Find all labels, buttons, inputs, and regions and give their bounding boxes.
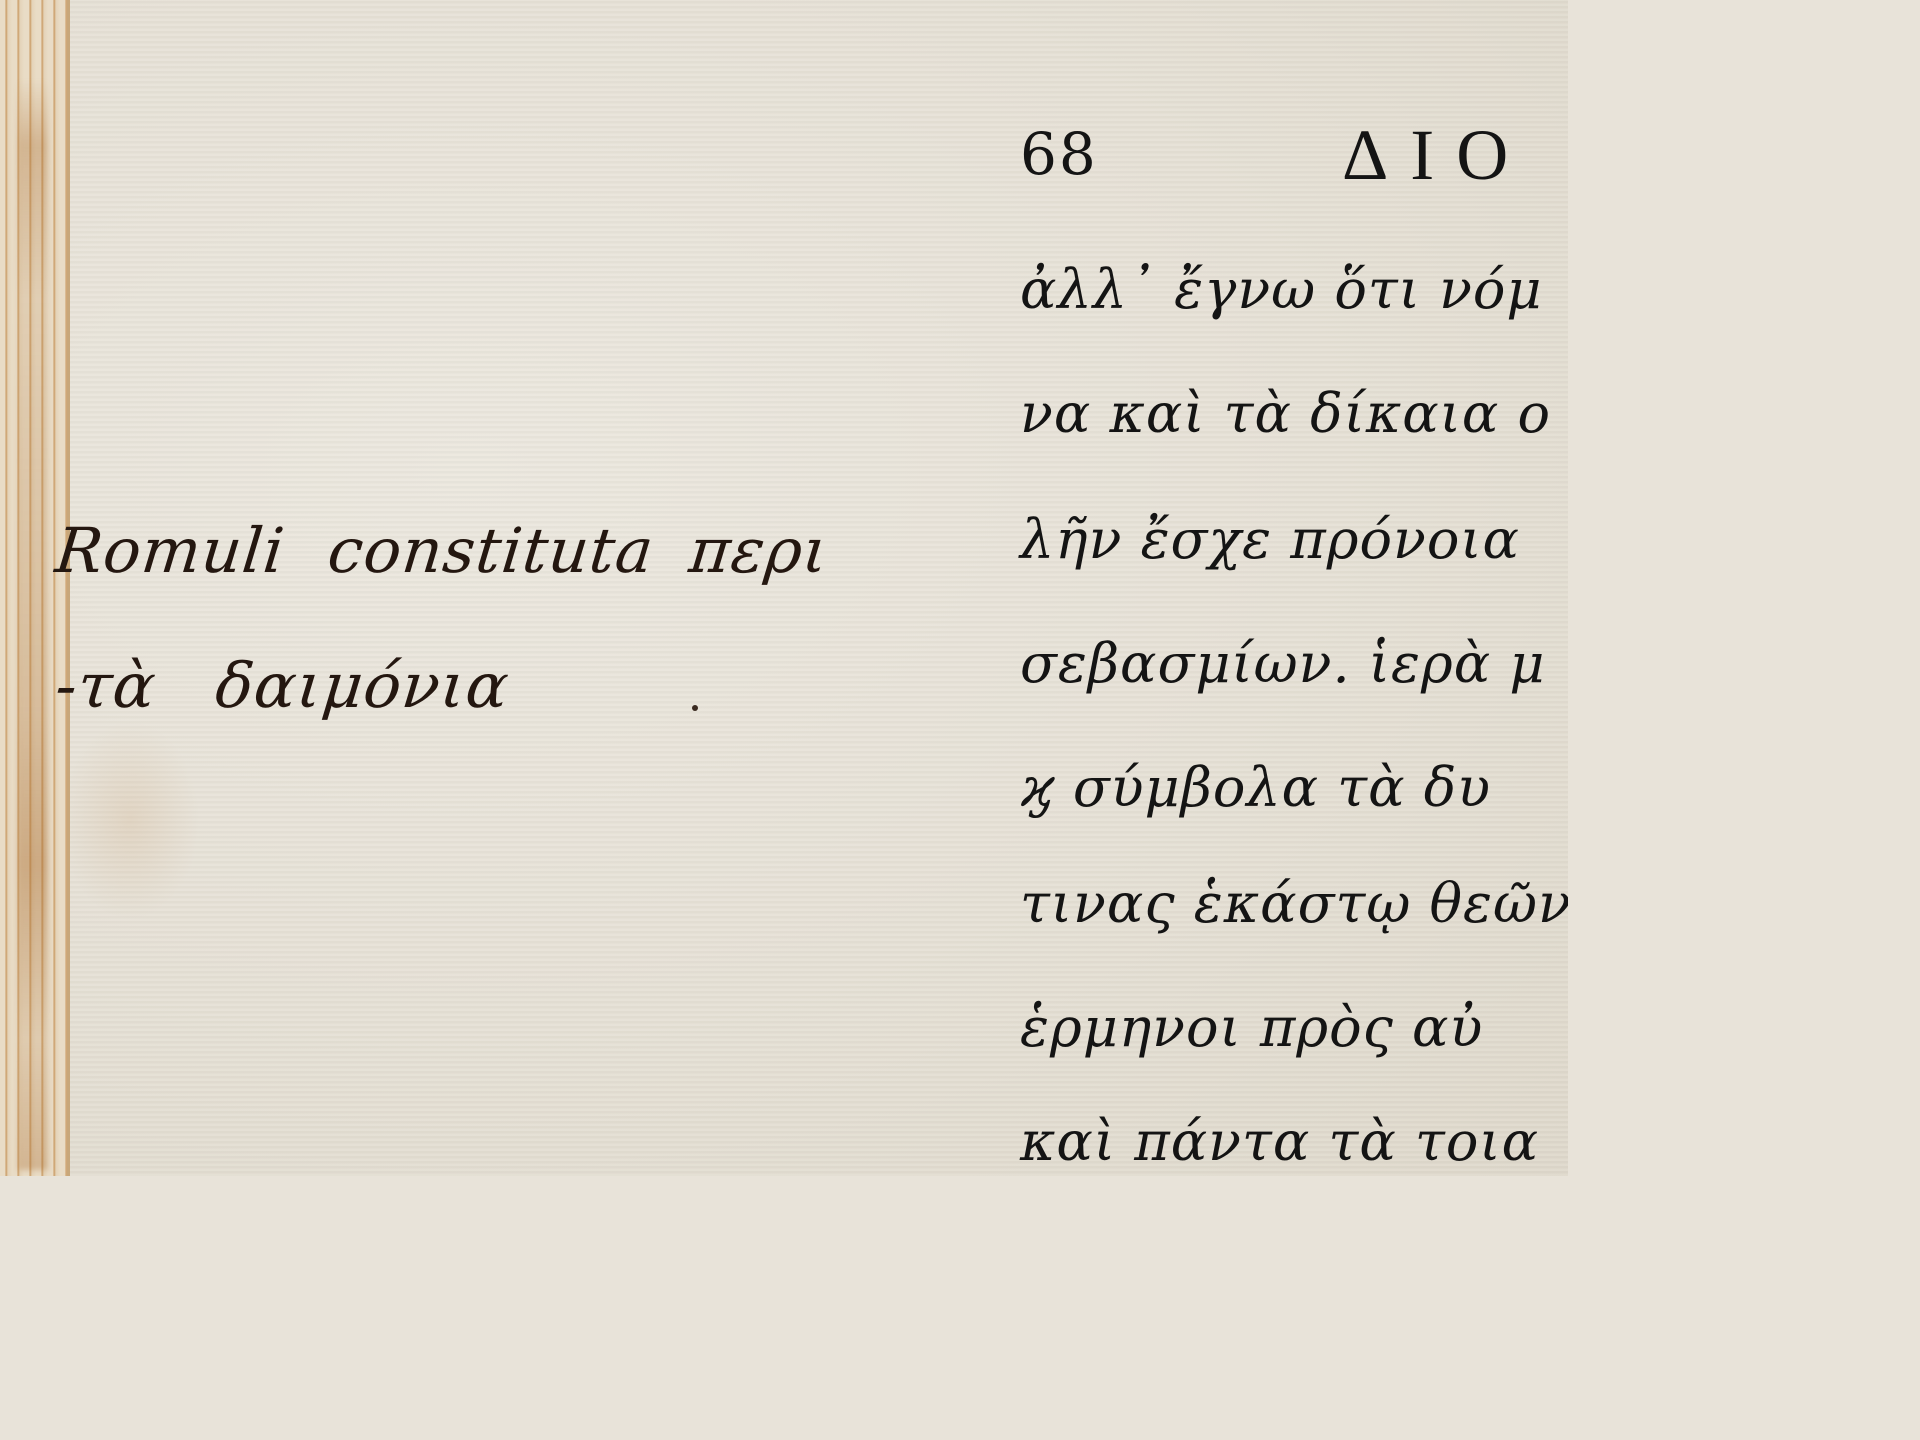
printed-line-4: σεβασμίων. ἱερὰ μ <box>1020 632 1545 695</box>
printed-line-1: ἀλλ᾽ ἔγνω ὅτι νόμ <box>1020 258 1543 321</box>
running-title: ΔΙΟ <box>1342 114 1530 197</box>
printed-line-3: λῆν ἔσχε πρόνοια <box>1020 508 1520 571</box>
printed-line-2: να καὶ τὰ δίκαια ο <box>1020 382 1551 445</box>
paper-stain <box>60 720 200 920</box>
edge-foxing <box>18 80 48 1170</box>
running-head: 68 ΔΙΟ <box>1020 120 1568 200</box>
page-number: 68 <box>1020 120 1098 188</box>
printed-line-5: ϗ σύμβολα τὰ δυ <box>1020 756 1491 819</box>
annotation-word-daimonia: δαιμόνια <box>212 649 513 722</box>
annotation-dot <box>692 705 698 711</box>
printed-line-7: ἑρμηνοι πρὸς αὐ <box>1020 996 1483 1059</box>
annotation-line-1: Romuliconstitutaπερι <box>53 520 832 582</box>
printed-line-6: τινας ἑκάστῳ θεῶν <box>1020 872 1568 935</box>
annotation-word-romuli: Romuli <box>52 514 288 587</box>
annotation-line-2: -τὰδαιμόνια <box>53 655 513 717</box>
annotation-word-peri: περι <box>686 514 832 587</box>
printed-line-8: καὶ πάντα τὰ τοια <box>1020 1110 1539 1173</box>
annotation-word-constituta: constituta <box>325 514 658 587</box>
printed-text-block: 68 ΔΙΟ ἀλλ᾽ ἔγνω ὅτι νόμ να καὶ τὰ δίκαι… <box>1020 120 1568 200</box>
annotation-word-ta: -τὰ <box>52 649 160 722</box>
